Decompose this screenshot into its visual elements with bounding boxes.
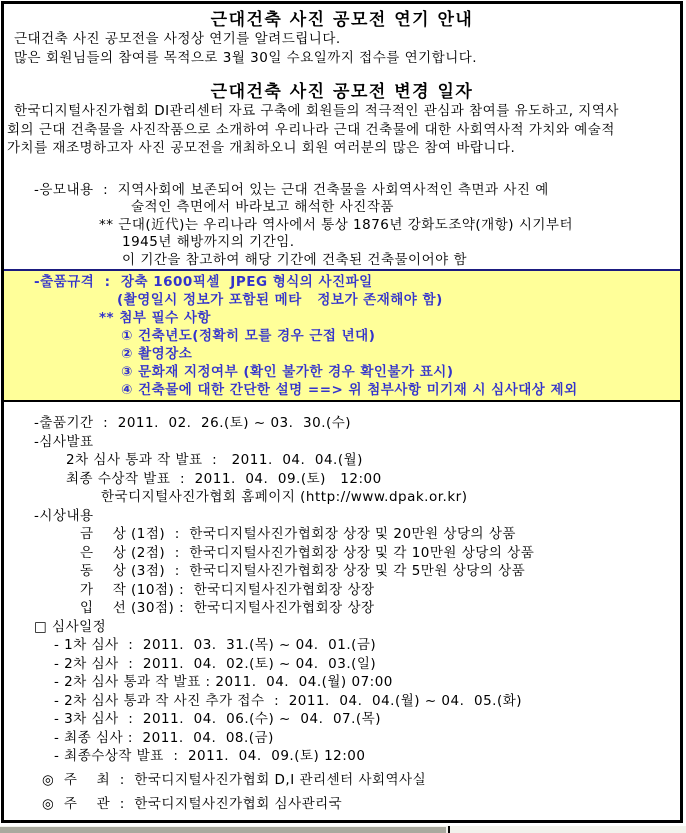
schedule-detail-line: 동 상 (3점) : 한국디지털사진가협회장 상장 및 각 5만원 상당의 상품: [4, 562, 680, 581]
entry-guideline-line: 1945년 해방까지의 기간임.: [4, 234, 680, 252]
entry-guideline-line: -응모내용 : 지역사회에 보존되어 있는 근대 건축물을 사회역사적인 측면과…: [4, 182, 680, 200]
schedule-detail-line: 가 작 (10점) : 한국디지털사진가협회장 상장: [4, 581, 680, 600]
submission-spec-line: ③ 문화재 지정여부 (확인 불가한 경우 확인불가 표시): [4, 363, 680, 381]
entry-guideline-line: 이 기간을 참고하여 해당 기간에 건축된 건축물이어야 함: [4, 252, 680, 270]
entry-guideline-line: 술적인 측면에서 바라보고 해석한 사진작품: [4, 199, 680, 217]
postponement-line: 근대건축 사진 공모전을 사정상 연기를 알려드립니다.: [4, 30, 680, 49]
schedule-detail-line: 2차 심사 통과 작 발표 : 2011. 04. 04.(월): [4, 451, 680, 470]
submission-spec-line: -출품규격 : 장축 1600픽셀 JPEG 형식의 사진파일: [4, 273, 680, 291]
schedule-detail-line: - 최종수상작 발표 : 2011. 04. 09.(토) 12:00: [4, 747, 680, 766]
change-intro: 한국디지털사진가협회 DI관리센터 자료 구축에 회원들의 적극적인 관심과 참…: [4, 102, 680, 158]
schedule-detail-line: - 2차 심사 통과 작 사진 추가 접수 : 2011. 04. 04.(월)…: [4, 692, 680, 711]
horizontal-scrollbar-tick: [448, 826, 450, 833]
schedule-detail-line: -심사발표: [4, 433, 680, 452]
submission-spec-highlight: -출품규격 : 장축 1600픽셀 JPEG 형식의 사진파일(촬영일시 정보가…: [4, 269, 680, 402]
postponement-notice: 근대건축 사진 공모전 연기 안내 근대건축 사진 공모전을 사정상 연기를 알…: [4, 4, 680, 67]
postponement-line: 많은 회원님들의 참여를 목적으로 3월 30일 수요일까지 접수를 연기합니다…: [4, 49, 680, 68]
schedule-detail-line: - 최종 심사 : 2011. 04. 08.(금): [4, 729, 680, 748]
submission-spec-line: ** 첨부 필수 사항: [4, 309, 680, 327]
schedule-detail-line: □ 심사일정: [4, 618, 680, 637]
postponement-body: 근대건축 사진 공모전을 사정상 연기를 알려드립니다.많은 회원님들의 참여를…: [4, 30, 680, 67]
submission-spec-line: ② 촬영장소: [4, 345, 680, 363]
schedule-detail-line: 은 상 (2점) : 한국디지털사진가협회장 상장 및 각 10만원 상당의 상…: [4, 544, 680, 563]
schedule-details: -출품기간 : 2011. 02. 26.(토) ~ 03. 30.(수)-심사…: [4, 402, 680, 766]
change-intro-line: 가치를 재조명하고자 사진 공모전을 개최하오니 회원 여러분의 많은 참여 바…: [4, 139, 680, 158]
schedule-detail-line: - 1차 심사 : 2011. 03. 31.(목) ~ 04. 01.(금): [4, 636, 680, 655]
change-intro-line: 한국디지털사진가협회 DI관리센터 자료 구축에 회원들의 적극적인 관심과 참…: [4, 102, 680, 121]
submission-spec-line: ④ 건축물에 대한 간단한 설명 ==> 위 첨부사항 미기재 시 심사대상 제…: [4, 381, 680, 399]
entry-guidelines: -응모내용 : 지역사회에 보존되어 있는 근대 건축물을 사회역사적인 측면과…: [4, 182, 680, 270]
schedule-detail-line: -출품기간 : 2011. 02. 26.(토) ~ 03. 30.(수): [4, 414, 680, 433]
schedule-detail-line: - 2차 심사 통과 작 발표 : 2011. 04. 04.(월) 07:00: [4, 673, 680, 692]
schedule-detail-line: 한국디지털사진가협회 홈페이지 (http://www.dpak.or.kr): [4, 488, 680, 507]
horizontal-scrollbar[interactable]: [0, 826, 686, 833]
schedule-detail-line: 입 선 (30점) : 한국디지털사진가협회장 상장: [4, 599, 680, 618]
notice-document: 근대건축 사진 공모전 연기 안내 근대건축 사진 공모전을 사정상 연기를 알…: [1, 1, 683, 823]
horizontal-scrollbar-thumb[interactable]: [0, 827, 446, 833]
schedule-detail-line: - 3차 심사 : 2011. 04. 06.(수) ~ 04. 07.(목): [4, 710, 680, 729]
schedule-detail-line: 금 상 (1점) : 한국디지털사진가협회장 상장 및 20만원 상당의 상품: [4, 525, 680, 544]
postponement-title: 근대건축 사진 공모전 연기 안내: [4, 11, 680, 30]
change-notice: 근대건축 사진 공모전 변경 일자 한국디지털사진가협회 DI관리센터 자료 구…: [4, 83, 680, 158]
schedule-detail-line: - 2차 심사 : 2011. 04. 02.(토) ~ 04. 03.(일): [4, 655, 680, 674]
change-title: 근대건축 사진 공모전 변경 일자: [4, 83, 680, 102]
organizer-footer: ◎ 주 최 : 한국디지털사진가협회 D,I 관리센터 사회역사실◎ 주 관 :…: [4, 771, 680, 814]
schedule-detail-line: 최종 수상작 발표 : 2011. 04. 09.(토) 12:00: [4, 470, 680, 489]
schedule-detail-line: -시상내용: [4, 507, 680, 526]
organizer-line: ◎ 주 최 : 한국디지털사진가협회 D,I 관리센터 사회역사실: [4, 771, 680, 790]
change-intro-line: 회의 근대 건축물을 사진작품으로 소개하여 우리나라 근대 건축물에 대한 사…: [4, 121, 680, 140]
organizer-line: ◎ 주 관 : 한국디지털사진가협회 심사관리국: [4, 795, 680, 814]
submission-spec-line: ① 건축년도(정확히 모를 경우 근접 년대): [4, 327, 680, 345]
submission-spec-line: (촬영일시 정보가 포함된 메타 정보가 존재해야 함): [4, 291, 680, 309]
entry-guideline-line: ** 근대(近代)는 우리나라 역사에서 통상 1876년 강화도조약(개항) …: [4, 217, 680, 235]
